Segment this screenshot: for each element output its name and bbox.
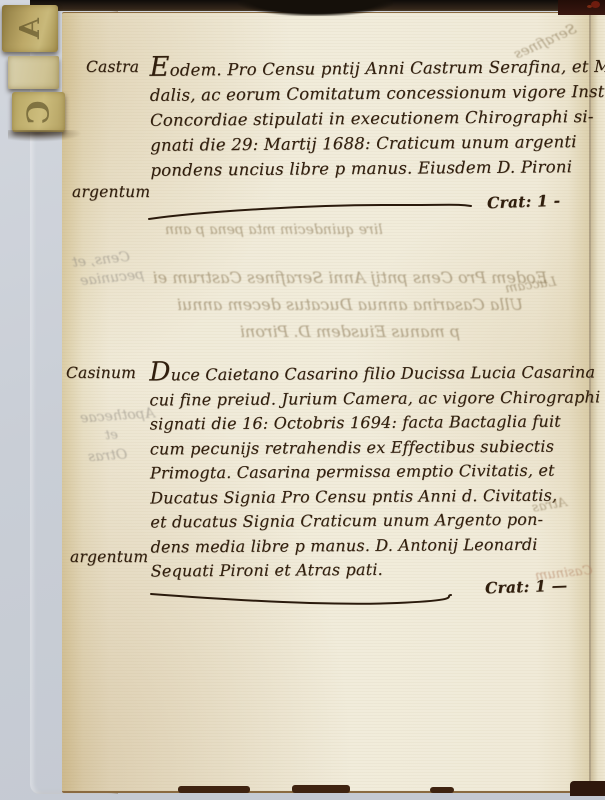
bleedthrough-line: Ulla Casarina annua Ducatus decem annui <box>150 291 550 318</box>
entry-line: Eodem. Pro Censu pntij Anni Castrum Sera… <box>149 50 574 83</box>
scanned-manuscript-page: A C Castra Eodem. Pro Censu pntij Anni C… <box>0 0 605 800</box>
tab-letter-a: A <box>14 18 45 39</box>
entry-1-text: Eodem. Pro Censu pntij Anni Castrum Sera… <box>149 50 575 183</box>
margin-note-argentum-1: argentum <box>72 183 150 201</box>
bleedthrough-line: p manus Eiusdem D. Pironi <box>150 318 550 345</box>
entry-2-text: Duce Caietano Casarino filio Ducissa Luc… <box>149 357 576 584</box>
margin-note-casinum: Casinum <box>66 364 136 382</box>
entry-line: dalis, ac eorum Comitatum concessionum v… <box>150 79 575 108</box>
entry-line: Duce Caietano Casarino filio Ducissa Luc… <box>149 357 574 388</box>
index-tab-blank <box>8 56 59 89</box>
bleedthrough-margin-note: Otras <box>87 447 127 466</box>
index-tab-a: A <box>2 5 58 52</box>
red-wax-mark <box>591 1 600 8</box>
index-tab-c: C <box>12 92 65 132</box>
bottom-edge-mark <box>292 785 350 793</box>
entry-line: pondens uncius libre p manus. Eiusdem D.… <box>150 154 575 183</box>
entry-line: Primogta. Casarina permissa emptio Civit… <box>150 459 575 486</box>
bleedthrough-margin-note: et <box>104 428 118 444</box>
book-top-edge-blob <box>238 0 393 16</box>
entry-line: cui fine preiud. Jurium Camera, ac vigor… <box>149 385 574 412</box>
entry-line: cum pecunijs retrahendis ex Effectibus s… <box>150 434 575 461</box>
bottom-edge-mark <box>430 787 454 793</box>
margin-note-castra: Castra <box>86 58 139 76</box>
bleedthrough-line: lire quindecim mta pena p ann <box>165 222 383 238</box>
entry-line: Ducatus Signia Pro Censu pntis Anni d. C… <box>150 483 575 510</box>
amount-label-1: Crat: 1 - <box>487 191 561 213</box>
tab-shadow <box>8 130 82 142</box>
tally-rule-2 <box>147 586 457 610</box>
entry-line: et ducatus Signia Craticum unum Argento … <box>150 508 575 535</box>
bottom-edge-mark <box>570 781 605 796</box>
margin-note-argentum-2: argentum <box>70 548 148 566</box>
bottom-edge-mark <box>178 786 250 793</box>
tab-letter-c: C <box>21 100 56 124</box>
entry-line: dens media libre p manus. D. Antonij Leo… <box>150 532 575 559</box>
bleedthrough-paragraph: Eodem Pro Cens pntij Anni Serafines Cast… <box>150 264 550 345</box>
tally-rule-1 <box>145 198 475 224</box>
entry-line: Concordiae stipulati in executionem Chir… <box>150 104 575 133</box>
entry-line: gnati die 29: Martij 1688: Craticum unum… <box>150 129 575 158</box>
bleedthrough-line: Eodem Pro Cens pntij Anni Serafines Cast… <box>150 264 550 291</box>
entry-line: signati die 16: Octobris 1694: facta Bac… <box>150 410 575 437</box>
